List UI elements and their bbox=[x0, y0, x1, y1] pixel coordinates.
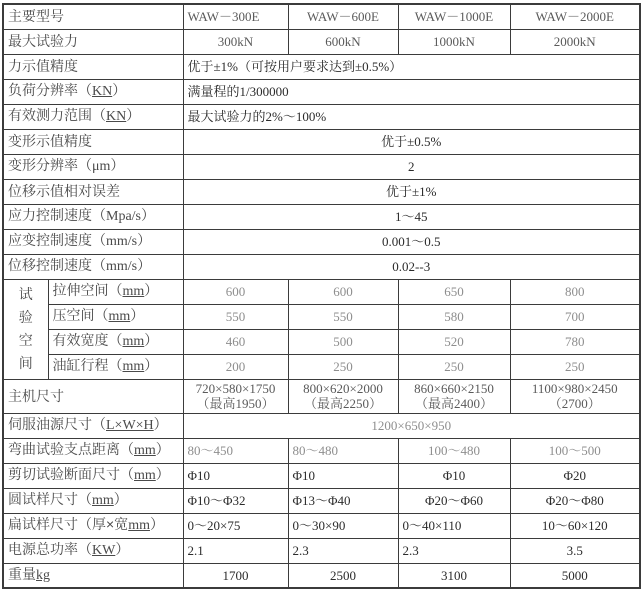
spec-sheet: 主要型号WAW－300EWAW－600EWAW－1000EWAW－2000E最大… bbox=[2, 3, 643, 589]
model-name: WAW－600E bbox=[288, 4, 398, 29]
row-label: 负荷分辨率（KN） bbox=[3, 79, 183, 104]
spec-value: 2.3 bbox=[288, 538, 398, 563]
spec-value: 250 bbox=[398, 354, 510, 379]
unit-text: mm bbox=[123, 359, 145, 374]
spec-value: Φ10 bbox=[398, 463, 510, 488]
table-row: 剪切试验断面尺寸（mm）Φ10Φ10Φ10Φ20 bbox=[3, 463, 640, 488]
spec-value: 满量程的1/300000 bbox=[183, 79, 640, 104]
table-row: 力示值精度优于±1%（可按用户要求达到±0.5%） bbox=[3, 54, 640, 79]
spec-value: 720×580×1750（最高1950） bbox=[183, 379, 288, 413]
spec-value: 80～450 bbox=[183, 438, 288, 463]
spec-value: 200 bbox=[183, 354, 288, 379]
spec-value: 650 bbox=[398, 279, 510, 304]
row-label: 位移控制速度（mm/s） bbox=[3, 254, 183, 279]
row-label: 弯曲试验支点距离（mm） bbox=[3, 438, 183, 463]
row-label: 重量kg bbox=[3, 563, 183, 588]
row-label: 有效测力范围（KN） bbox=[3, 104, 183, 129]
unit-text: KW bbox=[92, 543, 115, 558]
model-name: WAW－300E bbox=[183, 4, 288, 29]
table-row: 圆试样尺寸（mm）Φ10～Φ32Φ13～Φ40Φ20～Φ60Φ20～Φ80 bbox=[3, 488, 640, 513]
row-label: 扁试样尺寸（厚×宽mm） bbox=[3, 513, 183, 538]
row-label: 最大试验力 bbox=[3, 29, 183, 54]
table-row: 扁试样尺寸（厚×宽mm）0～20×750～30×900～40×11010～60×… bbox=[3, 513, 640, 538]
spec-value: 600kN bbox=[288, 29, 398, 54]
table-row: 试验空间拉伸空间（mm）600600650800 bbox=[3, 279, 640, 304]
spec-value: Φ10～Φ32 bbox=[183, 488, 288, 513]
unit-text: μm bbox=[92, 159, 110, 174]
spec-value: 2.1 bbox=[183, 538, 288, 563]
spec-value: Φ10 bbox=[183, 463, 288, 488]
spec-value: Φ13～Φ40 bbox=[288, 488, 398, 513]
row-label: 拉伸空间（mm） bbox=[48, 279, 183, 304]
unit-text: mm/s bbox=[106, 234, 137, 249]
row-label: 应力控制速度（Mpa/s） bbox=[3, 204, 183, 229]
spec-value: 0～40×110 bbox=[398, 513, 510, 538]
spec-value: 250 bbox=[288, 354, 398, 379]
spec-value: 520 bbox=[398, 329, 510, 354]
row-label: 应变控制速度（mm/s） bbox=[3, 229, 183, 254]
spec-value: 优于±0.5% bbox=[183, 129, 640, 154]
spec-value: 800×620×2000（最高2250） bbox=[288, 379, 398, 413]
test-space-group-label: 试验空间 bbox=[3, 279, 48, 379]
spec-value: 580 bbox=[398, 304, 510, 329]
spec-value: 250 bbox=[510, 354, 640, 379]
spec-value: 2 bbox=[183, 154, 640, 179]
spec-value: 优于±1% bbox=[183, 179, 640, 204]
spec-value: Φ10 bbox=[288, 463, 398, 488]
spec-value: 500 bbox=[288, 329, 398, 354]
spec-value: 最大试验力的2%～100% bbox=[183, 104, 640, 129]
spec-value: 460 bbox=[183, 329, 288, 354]
spec-value: 10～60×120 bbox=[510, 513, 640, 538]
unit-text: mm bbox=[123, 284, 145, 299]
row-label: 变形分辨率（μm） bbox=[3, 154, 183, 179]
table-row: 伺服油源尺寸（L×W×H）1200×650×950 bbox=[3, 413, 640, 438]
row-label: 主要型号 bbox=[3, 4, 183, 29]
table-row: 重量kg1700250031005000 bbox=[3, 563, 640, 588]
spec-value: 5000 bbox=[510, 563, 640, 588]
spec-value: 300kN bbox=[183, 29, 288, 54]
table-row: 变形分辨率（μm）2 bbox=[3, 154, 640, 179]
unit-text: L×W×H bbox=[106, 418, 154, 433]
spec-value: 2.3 bbox=[398, 538, 510, 563]
table-row: 应力控制速度（Mpa/s）1～45 bbox=[3, 204, 640, 229]
unit-text: mm bbox=[134, 443, 156, 458]
spec-value: 0～30×90 bbox=[288, 513, 398, 538]
row-label: 压空间（mm） bbox=[48, 304, 183, 329]
spec-value: 2000kN bbox=[510, 29, 640, 54]
spec-value: 700 bbox=[510, 304, 640, 329]
spec-value: 100～500 bbox=[510, 438, 640, 463]
model-name: WAW－1000E bbox=[398, 4, 510, 29]
spec-value: 1700 bbox=[183, 563, 288, 588]
table-row: 主机尺寸720×580×1750（最高1950）800×620×2000（最高2… bbox=[3, 379, 640, 413]
spec-table-body: 主要型号WAW－300EWAW－600EWAW－1000EWAW－2000E最大… bbox=[3, 4, 640, 588]
table-row: 有效测力范围（KN）最大试验力的2%～100% bbox=[3, 104, 640, 129]
spec-value: 1～45 bbox=[183, 204, 640, 229]
spec-value: 0～20×75 bbox=[183, 513, 288, 538]
spec-value: 100～480 bbox=[398, 438, 510, 463]
spec-value: 1200×650×950 bbox=[183, 413, 640, 438]
unit-text: mm bbox=[109, 309, 131, 324]
spec-value: 550 bbox=[183, 304, 288, 329]
row-label: 有效宽度（mm） bbox=[48, 329, 183, 354]
unit-text: mm bbox=[92, 493, 114, 508]
row-label: 变形示值精度 bbox=[3, 129, 183, 154]
unit-text: mm bbox=[123, 334, 145, 349]
unit-text: mm/s bbox=[106, 259, 137, 274]
row-label: 力示值精度 bbox=[3, 54, 183, 79]
unit-text: KN bbox=[92, 84, 112, 99]
spec-value: Φ20～Φ60 bbox=[398, 488, 510, 513]
row-label: 电源总功率（KW） bbox=[3, 538, 183, 563]
spec-value: 1100×980×2450（2700） bbox=[510, 379, 640, 413]
spec-value: 550 bbox=[288, 304, 398, 329]
spec-value: 3100 bbox=[398, 563, 510, 588]
row-label: 油缸行程（mm） bbox=[48, 354, 183, 379]
spec-value: Φ20～Φ80 bbox=[510, 488, 640, 513]
spec-value: 780 bbox=[510, 329, 640, 354]
table-row: 油缸行程（mm）200250250250 bbox=[3, 354, 640, 379]
spec-value: 800 bbox=[510, 279, 640, 304]
row-label: 圆试样尺寸（mm） bbox=[3, 488, 183, 513]
unit-text: KN bbox=[106, 109, 126, 124]
table-row: 应变控制速度（mm/s）0.001～0.5 bbox=[3, 229, 640, 254]
table-row: 变形示值精度优于±0.5% bbox=[3, 129, 640, 154]
table-row: 弯曲试验支点距离（mm）80～45080～480100～480100～500 bbox=[3, 438, 640, 463]
model-name: WAW－2000E bbox=[510, 4, 640, 29]
table-row: 电源总功率（KW）2.12.32.33.5 bbox=[3, 538, 640, 563]
spec-value: 600 bbox=[183, 279, 288, 304]
table-row: 有效宽度（mm）460500520780 bbox=[3, 329, 640, 354]
row-label: 伺服油源尺寸（L×W×H） bbox=[3, 413, 183, 438]
unit-text: Mpa/s bbox=[106, 209, 141, 224]
spec-value: 0.02--3 bbox=[183, 254, 640, 279]
spec-table: 主要型号WAW－300EWAW－600EWAW－1000EWAW－2000E最大… bbox=[2, 3, 641, 589]
spec-value: 0.001～0.5 bbox=[183, 229, 640, 254]
table-row: 位移控制速度（mm/s）0.02--3 bbox=[3, 254, 640, 279]
unit-text: kg bbox=[36, 568, 50, 583]
spec-value: 2500 bbox=[288, 563, 398, 588]
row-label: 位移示值相对误差 bbox=[3, 179, 183, 204]
unit-text: mm bbox=[128, 518, 150, 533]
row-label: 主机尺寸 bbox=[3, 379, 183, 413]
table-row: 最大试验力300kN600kN1000kN2000kN bbox=[3, 29, 640, 54]
spec-value: 600 bbox=[288, 279, 398, 304]
unit-text: mm bbox=[134, 468, 156, 483]
table-row: 压空间（mm）550550580700 bbox=[3, 304, 640, 329]
spec-value: 优于±1%（可按用户要求达到±0.5%） bbox=[183, 54, 640, 79]
table-row: 主要型号WAW－300EWAW－600EWAW－1000EWAW－2000E bbox=[3, 4, 640, 29]
spec-value: 860×660×2150（最高2400） bbox=[398, 379, 510, 413]
row-label: 剪切试验断面尺寸（mm） bbox=[3, 463, 183, 488]
spec-value: 1000kN bbox=[398, 29, 510, 54]
table-row: 位移示值相对误差优于±1% bbox=[3, 179, 640, 204]
spec-value: Φ20 bbox=[510, 463, 640, 488]
table-row: 负荷分辨率（KN）满量程的1/300000 bbox=[3, 79, 640, 104]
spec-value: 80～480 bbox=[288, 438, 398, 463]
spec-value: 3.5 bbox=[510, 538, 640, 563]
